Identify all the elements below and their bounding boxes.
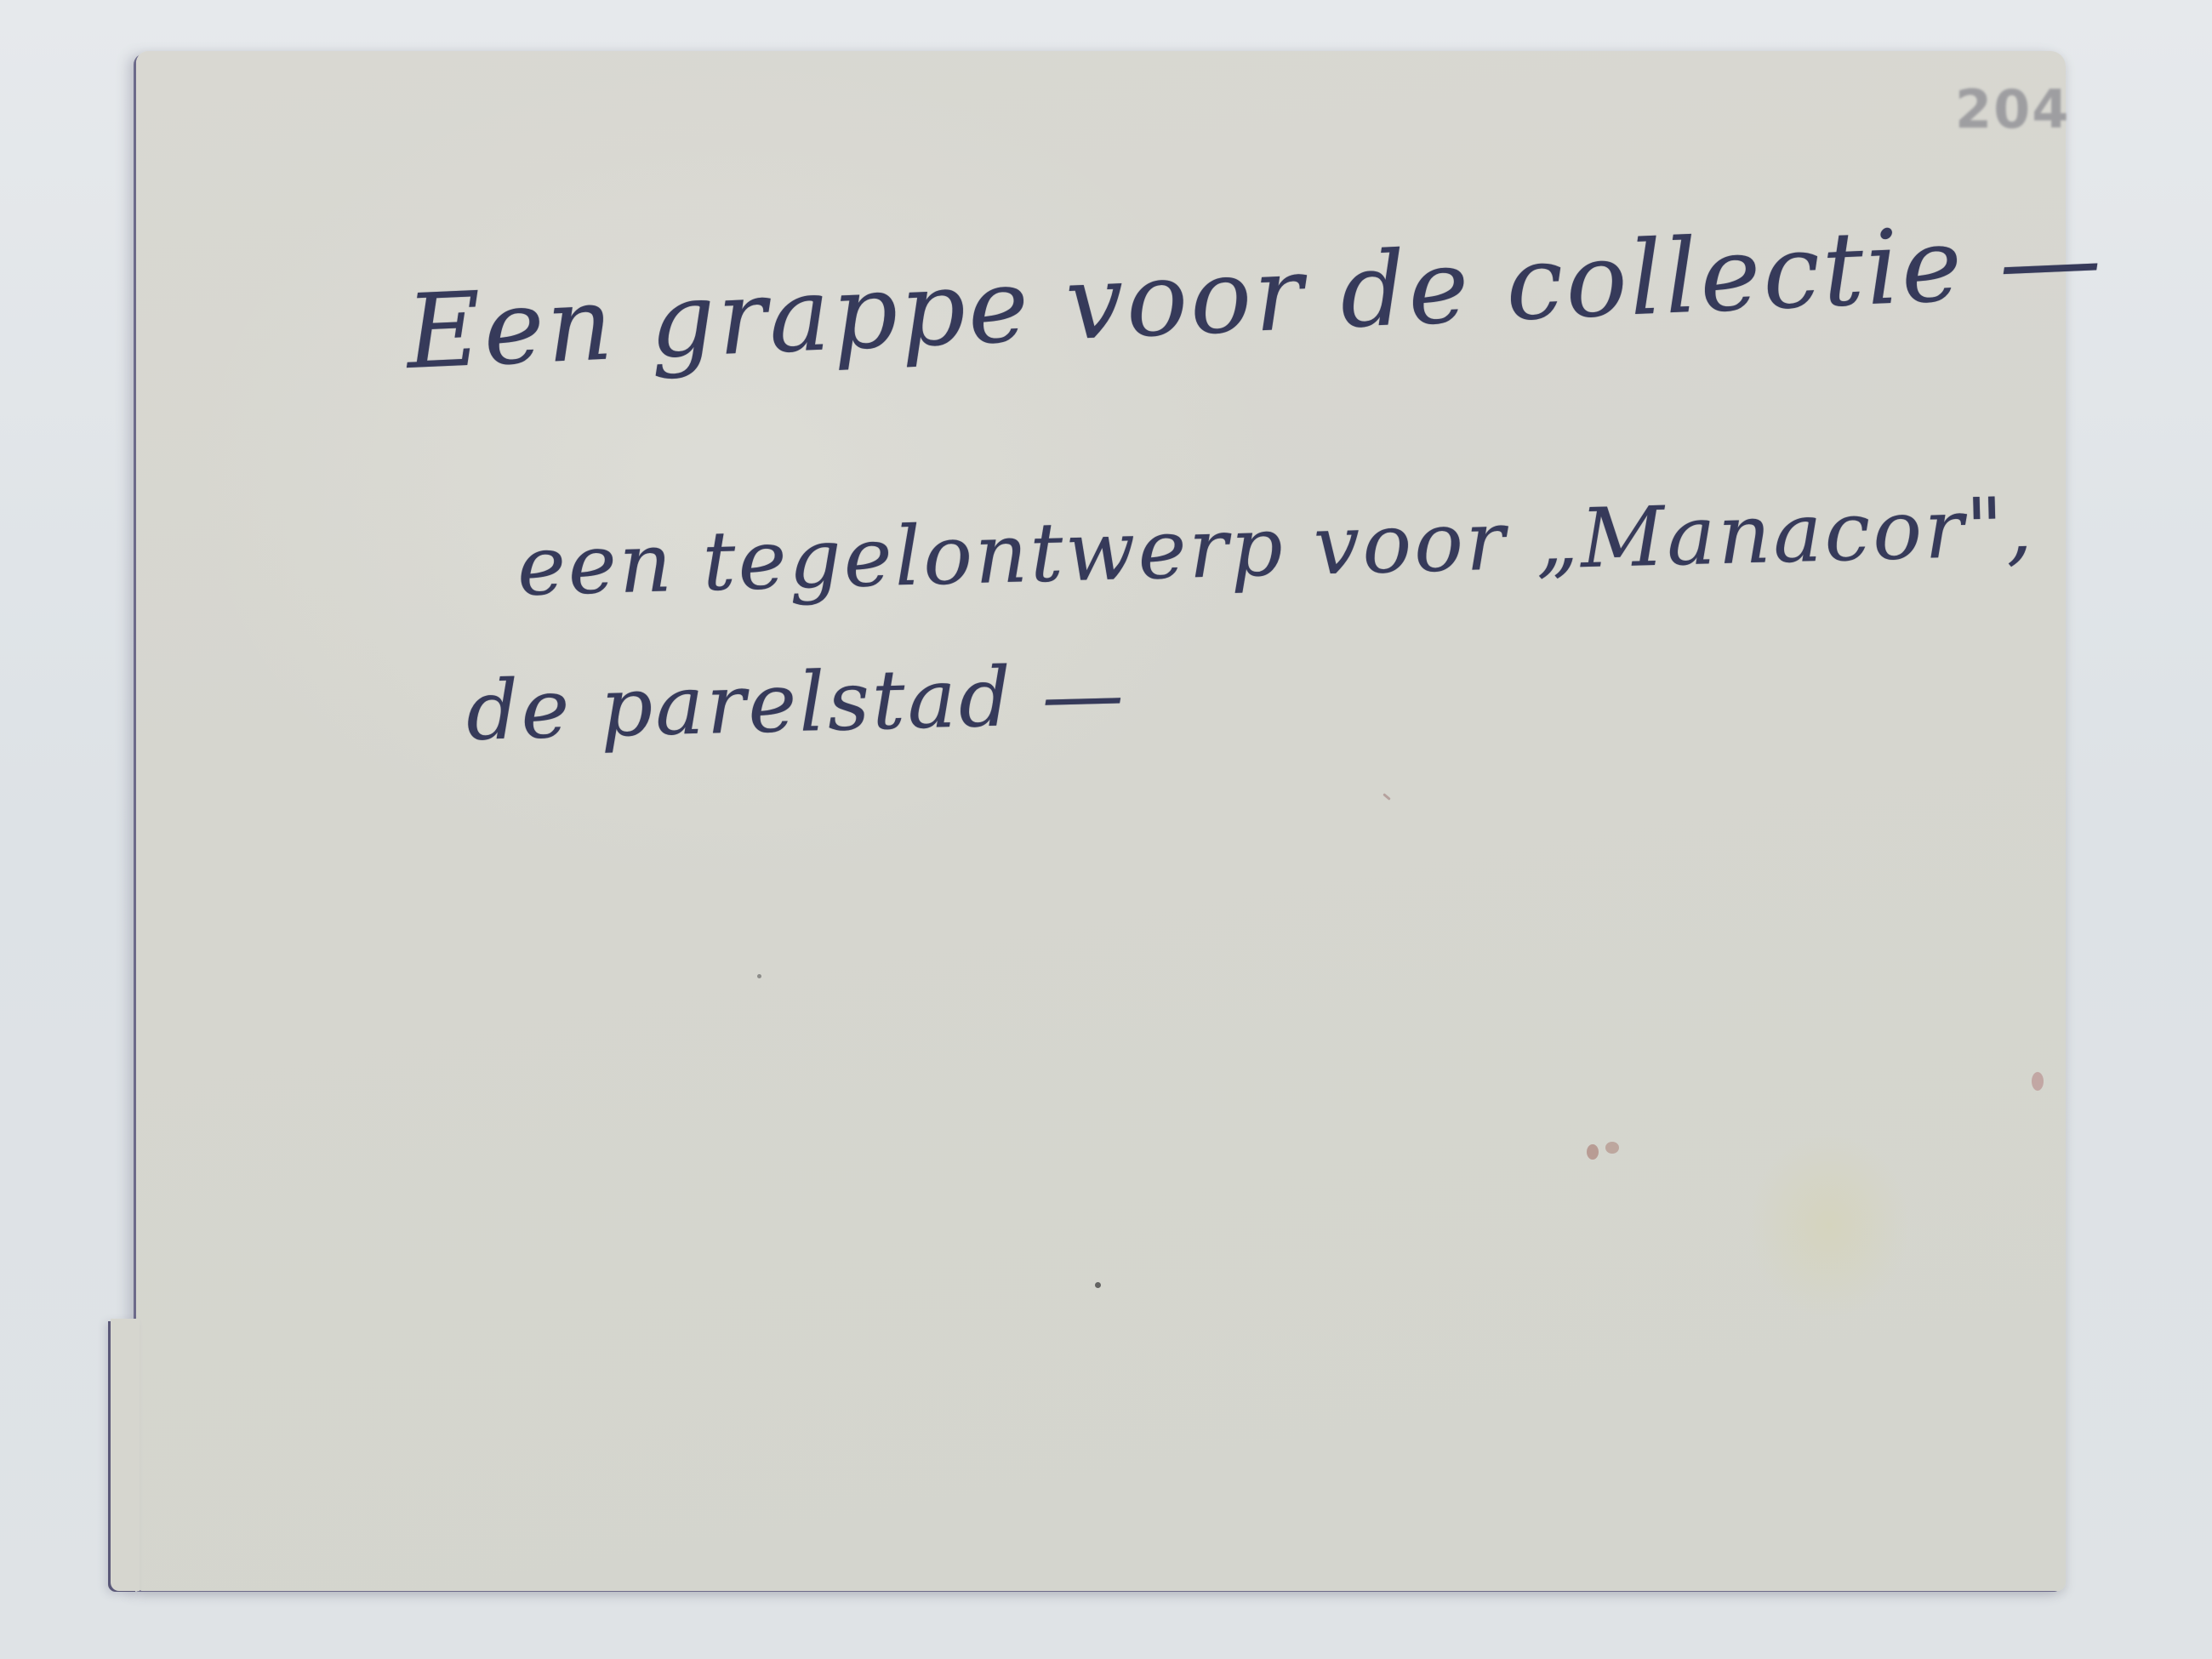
handwritten-line-3: de parelstad — xyxy=(465,647,1128,759)
handwritten-line-2: een tegelontwerp voor „Manacor", xyxy=(516,479,2036,614)
ink-speck xyxy=(1095,1282,1101,1288)
handwritten-line-1: Een grappe voor de collectie — xyxy=(404,200,2107,392)
stain-mark xyxy=(2032,1072,2044,1091)
photo-scene: 204 Een grappe voor de collectie — een t… xyxy=(0,0,2212,1659)
stain-mark xyxy=(1587,1144,1599,1160)
note-card: 204 Een grappe voor de collectie — een t… xyxy=(136,51,2066,1591)
ink-speck xyxy=(757,974,761,978)
stain-mark xyxy=(1605,1142,1619,1154)
page-number: 204 xyxy=(1955,78,2070,140)
ink-speck xyxy=(1382,793,1391,801)
